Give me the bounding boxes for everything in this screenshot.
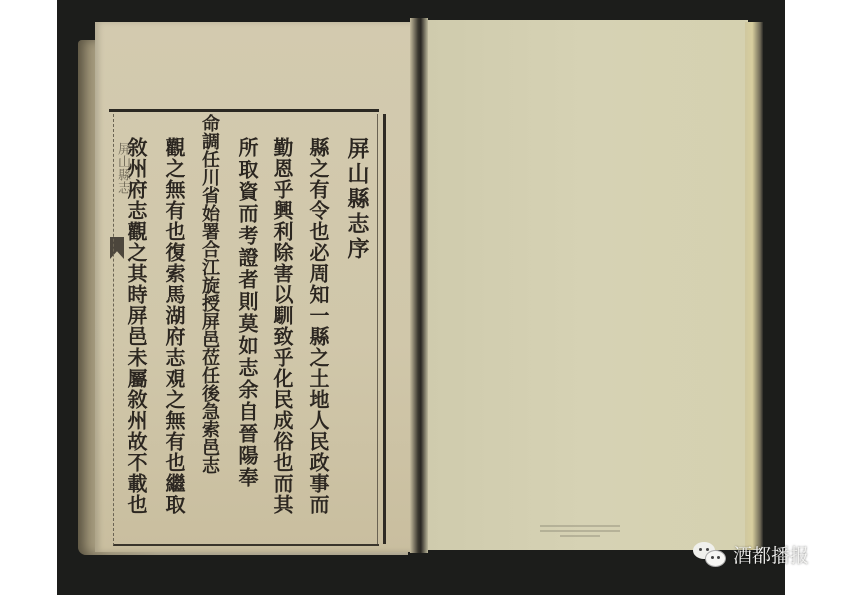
- text-column-6: 觀之無有也復索馬湖府志覌之無有也繼取: [161, 137, 187, 515]
- text-column-7: 敘州府志觀之其時屏邑未屬敘州故不載也: [123, 137, 149, 515]
- right-page-edge: [745, 22, 763, 550]
- book-gutter: [410, 18, 428, 553]
- text-frame-right-border: [377, 114, 386, 544]
- preface-title: 屏山縣志序: [343, 137, 371, 262]
- faint-library-stamp: [540, 522, 620, 540]
- wechat-icon: [693, 542, 727, 568]
- watermark-text: 酒都播报: [733, 541, 809, 568]
- watermark: 酒都播报: [693, 541, 809, 568]
- text-column-2: 縣之有令也必周知一縣之土地人民政事而: [305, 137, 331, 515]
- right-page-blank: [428, 20, 748, 550]
- text-column-3: 勤恩乎興利除害以馴致乎化民成俗也而其: [269, 137, 295, 515]
- text-column-4: 所取資而考證者則莫如志余自晉陽奉: [234, 137, 260, 489]
- top-border-rule: [109, 109, 379, 112]
- text-column-5: 命調任川省始署合江旋授屏邑莅任後急索邑志: [197, 114, 221, 474]
- left-page: 屏山縣志 屏山縣志序 縣之有令也必周知一縣之土地人民政事而 勤恩乎興利除害以馴致…: [95, 22, 417, 552]
